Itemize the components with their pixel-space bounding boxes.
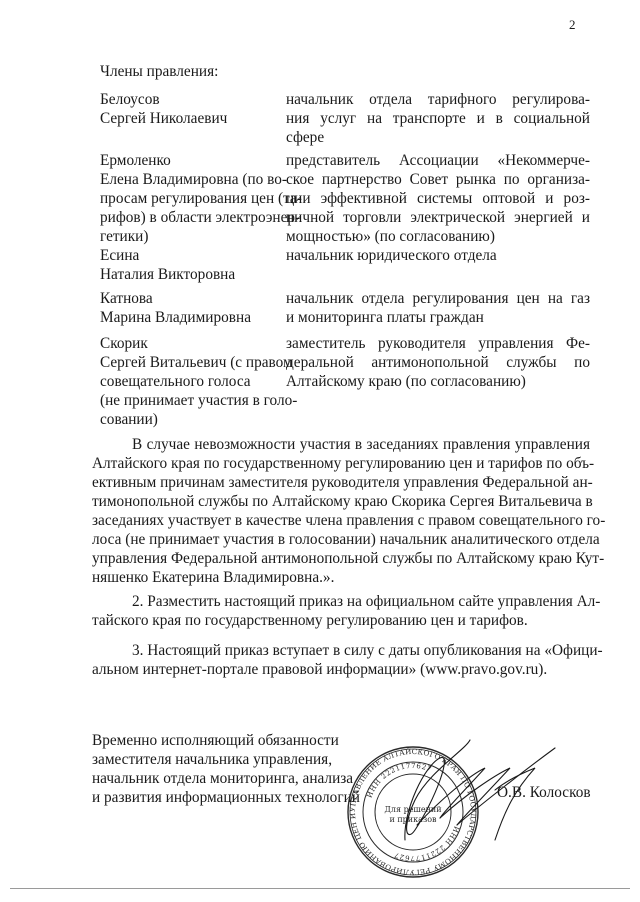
signatory-title: Временно исполняющий обязанности замести… [92,731,360,807]
member-role: представитель Ассоциации «Некоммерче- ск… [286,151,590,246]
members-heading: Члены правления: [100,62,218,81]
member-name: Белоусов Сергей Николаевич [100,90,286,147]
svg-text:и приказов: и приказов [389,815,437,824]
paragraph-item-3: 3. Настоящий приказ вступает в силу с да… [92,641,590,679]
member-row: Есина Наталия Викторовна начальник юриди… [100,246,590,284]
member-role: начальник отдела регулирования цен на га… [286,289,590,327]
paragraph-substitute: В случае невозможности участия в заседан… [92,435,590,587]
member-row: Белоусов Сергей Николаевич начальник отд… [100,90,590,147]
member-name: Катнова Марина Владимировна [100,289,286,327]
page-bottom-rule [10,888,630,889]
member-row: Ермоленко Елена Владимировна (по во- про… [100,151,590,246]
member-role: начальник отдела тарифного регулирова- н… [286,90,590,147]
member-role: начальник юридического отдела [286,246,590,284]
stamp-seal-icon: УПРАВЛЕНИЕ АЛТАЙСКОГО КРАЯ ПО ГОСУДАРСТВ… [345,730,565,880]
page-number: 2 [569,18,576,32]
member-row: Скорик Сергей Витальевич (с правом совещ… [100,334,590,429]
member-row: Катнова Марина Владимировна начальник от… [100,289,590,327]
member-role: заместитель руководителя управления Фе- … [286,334,590,429]
svg-text:Для решений: Для решений [384,805,441,814]
member-name: Скорик Сергей Витальевич (с правом совещ… [100,334,282,429]
official-stamp: УПРАВЛЕНИЕ АЛТАЙСКОГО КРАЯ ПО ГОСУДАРСТВ… [345,730,565,885]
member-name: Ермоленко Елена Владимировна (по во- про… [100,151,282,246]
paragraph-item-2: 2. Разместить настоящий приказ на официа… [92,592,590,630]
member-name: Есина Наталия Викторовна [100,246,286,284]
signatory-name: О.В. Колосков [497,783,591,802]
